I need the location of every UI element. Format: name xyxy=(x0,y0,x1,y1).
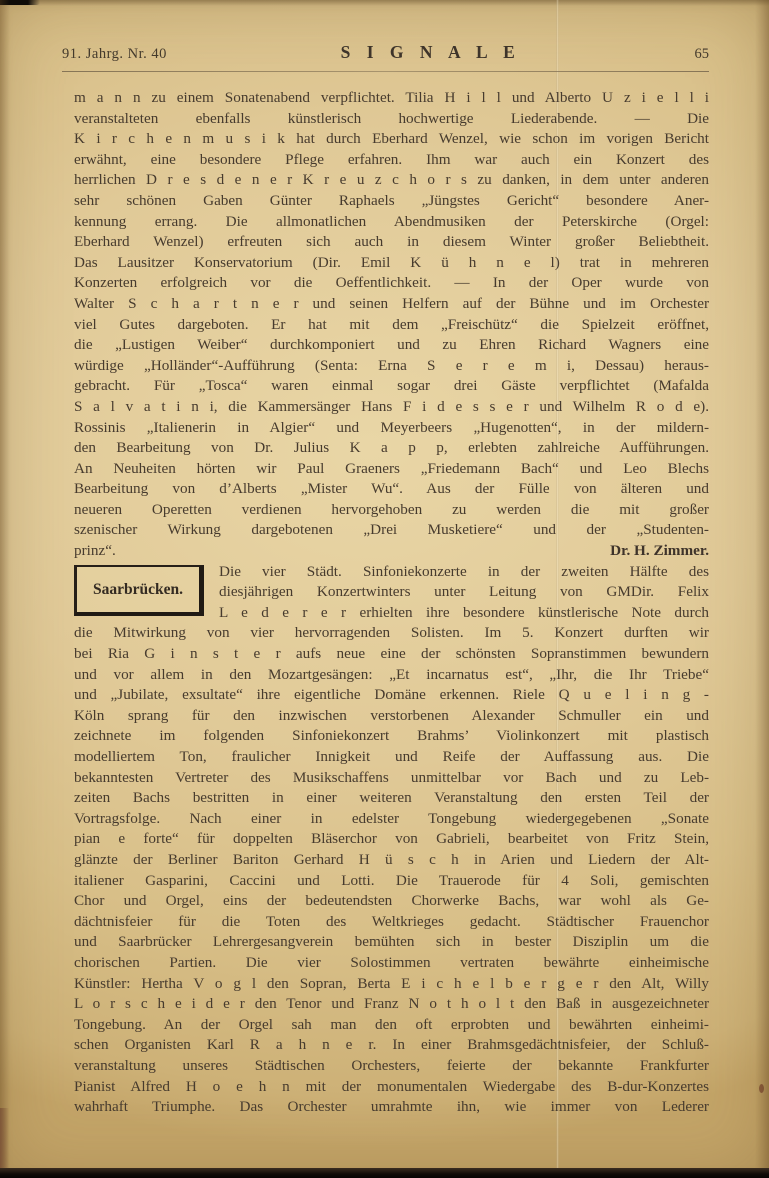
text-line: veranstaltung unseres Städtischen Orches… xyxy=(74,1056,709,1077)
text-line: die „Lustigen Weiber“ durchkomponiert un… xyxy=(74,335,709,356)
header-rule xyxy=(62,71,709,72)
paragraph-dresden-report: m a n n zu einem Sonatenabend verpflicht… xyxy=(74,88,709,541)
text-line: Bearbeitung von d’Alberts „Mister Wu“. A… xyxy=(74,479,709,500)
text-line: zeichnete im folgenden Sinfoniekonzert B… xyxy=(74,726,709,747)
text-line: Köln sprang für den inzwischen verstorbe… xyxy=(74,706,709,727)
text-line: L e d e r e r erhielten ihre besondere k… xyxy=(219,603,709,624)
text-line: chorischen Partien. Die vier Solostimmen… xyxy=(74,953,709,974)
text-line: bei Ria G i n s t e r aufs neue eine der… xyxy=(74,644,709,665)
text-line: Das Lausitzer Konservatorium (Dir. Emil … xyxy=(74,253,709,274)
article-body: m a n n zu einem Sonatenabend verpflicht… xyxy=(74,88,709,1118)
text-line: kennung errang. Die allmonatlichen Abend… xyxy=(74,212,709,233)
scanned-journal-page: 91. Jahrg. Nr. 40 S I G N A L E 65 m a n… xyxy=(0,0,769,1178)
text-line: und Saarbrücker Lehrergesangverein bemüh… xyxy=(74,932,709,953)
bottom-scan-strip xyxy=(0,1168,769,1178)
text-line: Pianist Alfred H o e h n mit der monumen… xyxy=(74,1077,709,1098)
text-line: schen Organisten Karl R a h n e r. In ei… xyxy=(74,1035,709,1056)
signature-line: prinz“. Dr. H. Zimmer. xyxy=(74,541,709,562)
text-line: Chor und Orgel, eins der bedeutendsten C… xyxy=(74,891,709,912)
text-line: italiener Gasparini, Caccini und Lotti. … xyxy=(74,871,709,892)
text-line: Künstler: Hertha V o g l den Sopran, Ber… xyxy=(74,974,709,995)
text-line: dächtnisfeier für die Toten des Weltkrie… xyxy=(74,912,709,933)
left-edge-shadow xyxy=(0,0,10,1178)
top-edge-shadow xyxy=(0,0,769,6)
city-label-box: Saarbrücken. xyxy=(74,565,204,617)
text-line: Die vier Städt. Sinfoniekonzerte in der … xyxy=(219,562,709,583)
text-line: S a l v a t i n i, die Kammersänger Hans… xyxy=(74,397,709,418)
text-line: würdige „Holländer“-Aufführung (Senta: E… xyxy=(74,356,709,377)
text-line: K i r c h e n m u s i k hat durch Eberha… xyxy=(74,129,709,150)
text-line: die Mitwirkung von vier hervorragenden S… xyxy=(74,623,709,644)
paper-blemish xyxy=(759,1084,764,1093)
text-line: Vortragsfolge. Nach einer in edelster To… xyxy=(74,809,709,830)
text-line: gebracht. Für „Tosca“ waren einmal sogar… xyxy=(74,376,709,397)
text-line: Tongebung. An der Orgel sah man den oft … xyxy=(74,1015,709,1036)
text-line: glänzte der Berliner Bariton Gerhard H ü… xyxy=(74,850,709,871)
text-line: veranstalteten ebenfalls künstlerisch ho… xyxy=(74,109,709,130)
text-line: modelliertem Ton, fraulicher Innigkeit u… xyxy=(74,747,709,768)
text-line: pian e forte“ für doppelten Bläserchor v… xyxy=(74,829,709,850)
text-line: Konzerten erfolgreich vor die Oeffentlic… xyxy=(74,273,709,294)
text-line: und „Jubilate, exsultate“ ihre eigentlic… xyxy=(74,685,709,706)
text-line: szenischer Wirkung dargebotenen „Drei Mu… xyxy=(74,520,709,541)
right-edge-shadow xyxy=(755,0,769,1178)
journal-title: S I G N A L E xyxy=(167,42,695,63)
text-line: neueren Operetten verdienen hervorgehobe… xyxy=(74,500,709,521)
text-line: An Neuheiten hörten wir Paul Graeners „F… xyxy=(74,459,709,480)
paragraph-last-words: prinz“. xyxy=(74,541,116,562)
issue-number: 91. Jahrg. Nr. 40 xyxy=(62,46,167,63)
text-line: den Bearbeitung von Dr. Julius K a p p, … xyxy=(74,438,709,459)
text-line: erwähnt, eine besondere Pflege erfahren.… xyxy=(74,150,709,171)
text-line: m a n n zu einem Sonatenabend verpflicht… xyxy=(74,88,709,109)
text-line: wahrhaft Triumphe. Das Orchester umrahmt… xyxy=(74,1097,709,1118)
text-line: viel Gutes dargeboten. Er hat mit dem „F… xyxy=(74,315,709,336)
text-line: sehr schönen Gaben Günter Raphaels „Jüng… xyxy=(74,191,709,212)
text-line: bekanntesten Vertreter des Musikschaffen… xyxy=(74,768,709,789)
section-head: Saarbrücken. Die vier Städt. Sinfoniekon… xyxy=(74,562,709,624)
section-saarbruecken: Saarbrücken. Die vier Städt. Sinfoniekon… xyxy=(74,562,709,1118)
text-line: Eberhard Wenzel) erfreuten sich auch in … xyxy=(74,232,709,253)
author-signature: Dr. H. Zimmer. xyxy=(610,541,709,562)
section-body-lines: die Mitwirkung von vier hervorragenden S… xyxy=(74,623,709,1117)
page-number: 65 xyxy=(695,46,710,63)
text-line: Walter S c h a r t n e r und seinen Helf… xyxy=(74,294,709,315)
text-line: L o r s c h e i d e r den Tenor und Fran… xyxy=(74,994,709,1015)
section-intro-lines: Die vier Städt. Sinfoniekonzerte in der … xyxy=(219,562,709,624)
text-line: diesjährigen Konzertwinters unter Leitun… xyxy=(219,582,709,603)
text-line: Rossinis „Italienerin in Algier“ und Mey… xyxy=(74,418,709,439)
text-line: und vor allem in den Mozartgesängen: „Et… xyxy=(74,665,709,686)
running-head: 91. Jahrg. Nr. 40 S I G N A L E 65 xyxy=(62,42,709,63)
text-line: zeiten Bachs bestritten in einer weitere… xyxy=(74,788,709,809)
bottom-left-scan-mark xyxy=(0,1108,9,1172)
text-line: herrlichen D r e s d e n e r K r e u z c… xyxy=(74,170,709,191)
